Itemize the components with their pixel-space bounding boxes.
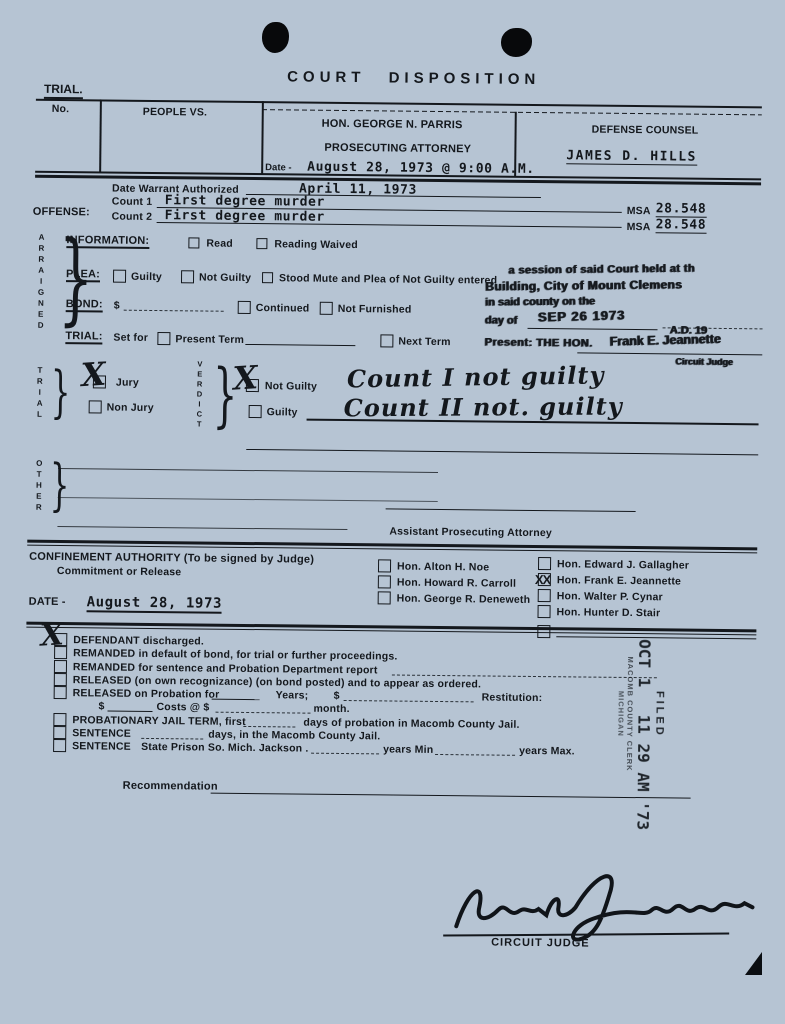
trial-next-term-checkbox <box>380 334 393 347</box>
costs-label: Costs @ $ <box>156 701 209 714</box>
table-vrule-2 <box>261 101 263 174</box>
session-stamp-judge-name: Frank E. Jeannette <box>609 332 720 349</box>
other-brace: } <box>50 458 70 514</box>
defense-counsel-label: DEFENSE COUNSEL <box>592 124 699 137</box>
disposition-date-value: August 28, 1973 <box>87 594 223 613</box>
bond-not-furnished-label: Not Furnished <box>338 303 412 316</box>
defense-counsel-name: JAMES D. HILLS <box>566 148 697 165</box>
date-value: August 28, 1973 @ 9:00 A.M. <box>307 160 535 177</box>
verdict-not-guilty-mark: X <box>232 361 259 394</box>
trial-set-for-label: Set for <box>113 332 148 344</box>
released-probation-checkbox <box>54 686 67 699</box>
judge-noe-label: Hon. Alton H. Noe <box>397 561 489 574</box>
session-stamp-judge-title: Circuit Judge <box>675 356 733 367</box>
judge-deneweth-checkbox <box>378 591 391 604</box>
prosecutor-title: PROSECUTING ATTORNEY <box>324 142 471 156</box>
confinement-subtitle: Commitment or Release <box>57 565 182 578</box>
other-top-rule <box>246 449 758 456</box>
judge-stair-label: Hon. Hunter D. Stair <box>556 606 660 619</box>
bond-continued-label: Continued <box>256 302 310 315</box>
costs-amount-line-2 <box>215 701 310 714</box>
probationary-jail-checkbox <box>53 713 66 726</box>
sentence2-checkbox <box>53 739 66 752</box>
verdict-side-label: V E R D I C T <box>196 359 202 429</box>
judge-cynar-checkbox <box>538 589 551 602</box>
filed-stamp-word: FILED <box>653 639 667 789</box>
probation-years-line <box>212 688 260 701</box>
table-top-dashed-rule <box>262 109 762 115</box>
sentence1-label: SENTENCE <box>72 727 131 740</box>
verdict-not-guilty-label: Not Guilty <box>265 380 317 393</box>
verdict-guilty-checkbox <box>249 405 262 418</box>
costs-month-label: month. <box>313 703 349 715</box>
bond-amount-line <box>124 299 224 312</box>
date-label: Date - <box>265 162 292 173</box>
plea-not-guilty-label: Not Guilty <box>199 271 251 284</box>
costs-amount-line-1 <box>107 700 152 712</box>
verdict-guilty-label: Guilty <box>267 406 298 418</box>
information-read-label: Read <box>206 238 233 250</box>
offense-label: OFFENSE: <box>33 206 90 219</box>
plea-stood-mute-label: Stood Mute and Plea of Not Guilty entere… <box>279 272 497 286</box>
bond-dollar-sign: $ <box>114 300 120 312</box>
probation-years-label: Years; <box>276 689 309 701</box>
plea-stood-mute-checkbox <box>262 272 273 283</box>
sentence2-prison-label: State Prison So. Mich. Jackson . <box>141 741 309 755</box>
session-stamp-line2: Building, City of Mount Clemens <box>485 277 682 293</box>
non-jury-label: Non Jury <box>107 402 154 414</box>
released-recognizance-checkbox <box>54 673 67 686</box>
defendant-discharged-label: DEFENDANT discharged. <box>73 634 204 647</box>
information-read-checkbox <box>188 237 199 248</box>
judge-carroll-checkbox <box>378 575 391 588</box>
information-waived-label: Reading Waived <box>274 238 358 251</box>
msa2-value: 28.548 <box>656 217 707 234</box>
trial-next-term-label: Next Term <box>398 336 450 349</box>
remanded-bond-label: REMANDED in default of bond, for trial o… <box>73 647 398 662</box>
msa2-label: MSA <box>627 221 651 233</box>
restitution-label: Restitution: <box>482 691 543 704</box>
costs-dollar-sign-1: $ <box>98 700 104 712</box>
msa1-value: 28.548 <box>656 201 707 218</box>
jury-label: Jury <box>116 377 139 389</box>
session-stamp-day-of: day of <box>485 314 518 326</box>
people-vs-label: PEOPLE VS. <box>143 106 208 119</box>
filed-stamp-time: 11 29 AM '73 <box>633 715 653 831</box>
trial-heading: TRIAL. <box>44 82 83 99</box>
plea-guilty-label: Guilty <box>131 271 162 283</box>
court-disposition-form: COURT DISPOSITION TRIAL. No. PEOPLE VS. … <box>0 0 785 1024</box>
table-vrule-1 <box>99 99 101 172</box>
filed-stamp-agency1: MACOMB COUNTY CLERK <box>625 639 636 789</box>
non-jury-checkbox <box>89 400 102 413</box>
information-waived-checkbox <box>256 238 267 249</box>
remanded-bond-checkbox <box>54 646 67 659</box>
sentence1-days-line <box>141 727 203 740</box>
jury-check-mark: X <box>80 358 107 391</box>
probationary-jail-label: PROBATIONARY JAIL TERM, first <box>72 714 246 728</box>
sentence2-label: SENTENCE <box>72 740 131 753</box>
count2-label: Count 2 <box>112 211 153 223</box>
sentence2-max-line <box>435 743 515 756</box>
years-max-label: years Max. <box>519 745 575 758</box>
filed-stamp-date: OCT 1 <box>635 639 655 687</box>
other-blank-line-2 <box>58 497 438 502</box>
judge-stair-checkbox <box>537 605 550 618</box>
filed-stamp: FILED OCT 1 11 29 AM '73 MACOMB COUNTY C… <box>601 639 667 790</box>
session-stamp-line3: in said county on the <box>485 295 595 308</box>
arraigned-side-label: A R R A I G N E D <box>37 232 44 331</box>
trial-present-term-label: Present Term <box>175 333 244 346</box>
probation-dollar-sign: $ <box>334 690 340 702</box>
trial-present-term-checkbox <box>157 332 170 345</box>
recommendation-label: Recommendation <box>123 780 218 793</box>
handwritten-verdict-count1: Count I not guilty <box>347 360 605 393</box>
circuit-judge-label: CIRCUIT JUDGE <box>491 937 590 950</box>
asst-prosecutor-sig-line <box>386 508 636 512</box>
plea-not-guilty-checkbox <box>181 270 194 283</box>
trial-present-term-line <box>245 333 355 346</box>
page-title: COURT DISPOSITION <box>287 68 540 88</box>
bond-not-furnished-checkbox <box>320 302 333 315</box>
judge-cynar-label: Hon. Walter P. Cynar <box>557 590 663 603</box>
sentence2-min-line <box>311 742 379 755</box>
information-label: INFORMATION: <box>66 234 149 249</box>
asst-prosecutor-label: Assistant Prosecuting Attorney <box>389 525 552 539</box>
probationary-days-line <box>243 715 295 728</box>
judge-jeannette-label: Hon. Frank E. Jeannette <box>557 574 681 587</box>
filed-stamp-agency2: MICHIGAN <box>616 639 627 789</box>
judge-signature <box>446 862 757 943</box>
msa1-label: MSA <box>627 205 651 217</box>
confinement-title: CONFINEMENT AUTHORITY (To be signed by J… <box>29 551 314 566</box>
trial-side-label: T R I A L <box>37 365 43 420</box>
remanded-sentence-checkbox <box>54 660 67 673</box>
judge-noe-checkbox <box>378 559 391 572</box>
plea-label: PLEA: <box>66 268 100 282</box>
judge-deneweth-label: Hon. George R. Deneweth <box>397 593 531 606</box>
other-blank-line-1 <box>58 468 438 473</box>
handwritten-verdict-count2: Count II not. guilty <box>344 391 623 422</box>
sentence1-checkbox <box>53 726 66 739</box>
judge-carroll-label: Hon. Howard R. Carroll <box>397 577 516 590</box>
other-side-label: O T H E R <box>36 458 43 513</box>
probation-amount-line <box>344 689 474 702</box>
count1-value: First degree murder <box>165 193 325 210</box>
released-probation-label: RELEASED on Probation for <box>73 687 220 701</box>
trial-set-label: TRIAL: <box>65 330 102 344</box>
sentence1-tail: days, in the Macomb County Jail. <box>208 729 380 743</box>
prosecutor-name: HON. GEORGE N. PARRIS <box>322 118 463 131</box>
count1-label: Count 1 <box>112 196 153 208</box>
probationary-jail-tail: days of probation in Macomb County Jail. <box>303 717 519 731</box>
case-number-label: No. <box>52 103 70 115</box>
judge-jeannette-mark: XX <box>535 572 551 587</box>
years-min-label: years Min <box>383 743 433 756</box>
count2-value: First degree murder <box>165 208 325 225</box>
session-stamp-date: SEP 26 1973 <box>537 307 625 324</box>
other-blank-line-3 <box>57 526 347 530</box>
disposition-date-label: DATE - <box>29 596 66 608</box>
bond-label: BOND: <box>66 298 103 312</box>
plea-guilty-checkbox <box>113 270 126 283</box>
scanned-court-disposition-page: COURT DISPOSITION TRIAL. No. PEOPLE VS. … <box>0 0 785 1024</box>
trial-brace: } <box>51 365 71 421</box>
filed-stamp-datetime: OCT 1 11 29 AM '73 <box>634 639 655 789</box>
session-stamp-line1: a session of said Court held at th <box>508 263 695 277</box>
judge-gallagher-label: Hon. Edward J. Gallagher <box>557 558 689 571</box>
judge-gallagher-checkbox <box>538 557 551 570</box>
bond-continued-checkbox <box>238 301 251 314</box>
